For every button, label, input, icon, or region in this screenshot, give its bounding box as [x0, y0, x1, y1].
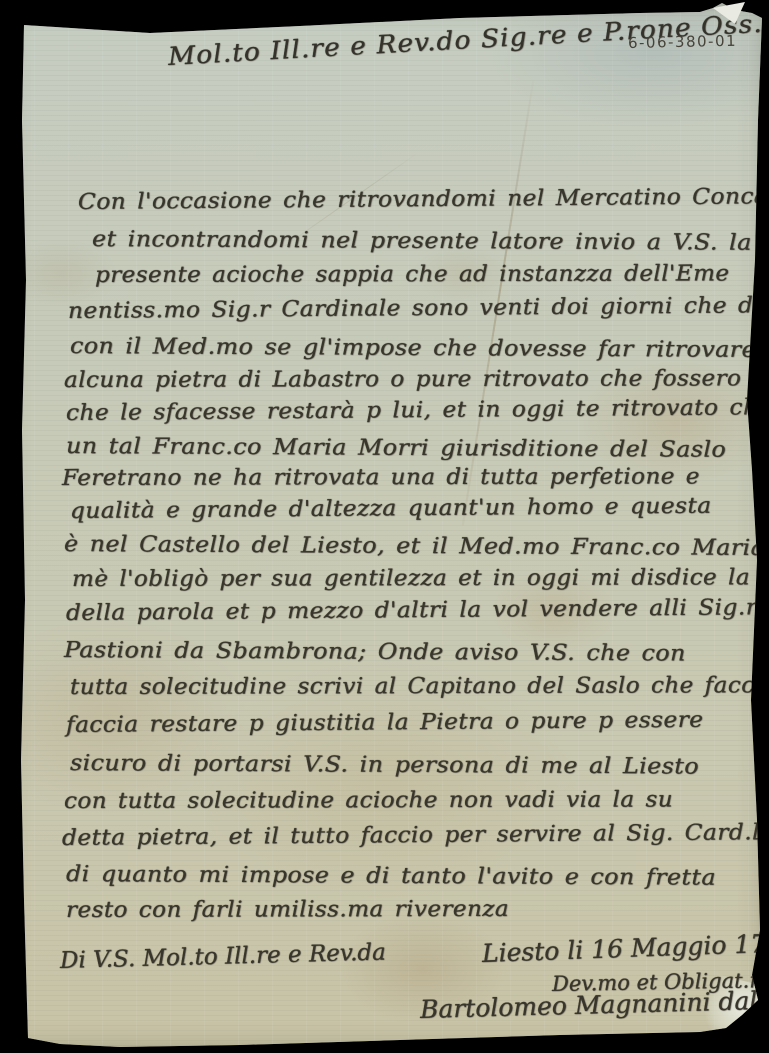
manuscript-line: è nel Castello del Liesto, et il Med.mo …	[64, 534, 765, 560]
manuscript-line: che le sfacesse restarà p lui, et in ogg…	[66, 397, 769, 425]
manuscript-line: un tal Franc.co Maria Morri giurisdition…	[66, 436, 726, 462]
paper-laid-texture	[0, 0, 769, 1053]
manuscript-line: con tutta solecitudine acioche non vadi …	[64, 789, 673, 813]
manuscript-line: Feretrano ne ha ritrovata una di tutta p…	[62, 466, 700, 490]
manuscript-line: Pastioni da Sbambrona; Onde aviso V.S. c…	[64, 640, 686, 666]
manuscript-line: nentiss.mo Sig.r Cardinale sono venti do…	[68, 295, 769, 323]
manuscript-line: della parola et p mezzo d'altri la vol v…	[66, 597, 765, 625]
manuscript-line: qualità e grande d'altezza quant'un homo…	[70, 496, 712, 523]
closing-formula: Di V.S. Mol.to Ill.re e Rev.da	[60, 941, 386, 973]
manuscript-line: detta pietra, et il tutto faccio per ser…	[62, 822, 769, 850]
manuscript-line: presente acioche sappia che ad instanzza…	[95, 263, 730, 287]
manuscript-page: Mol.to Ill.re e Rev.do Sig.re e P.rone O…	[0, 0, 769, 1053]
manuscript-line: di quanto mi impose e di tanto l'avito e…	[66, 864, 716, 890]
dateline: Liesto li 16 Maggio 1726	[482, 930, 769, 966]
manuscript-line: faccia restare p giustitia la Pietra o p…	[66, 710, 704, 737]
manuscript-line: con il Med.mo se gl'impose che dovesse f…	[70, 336, 756, 362]
manuscript-line: alcuna pietra di Labastro o pure ritrova…	[64, 368, 741, 392]
scanner-background: Mol.to Ill.re e Rev.do Sig.re e P.rone O…	[0, 0, 769, 1053]
manuscript-line: mè l'obligò per sua gentilezza et in ogg…	[72, 567, 750, 591]
manuscript-line: tutta solecitudine scrivi al Capitano de…	[70, 675, 769, 699]
manuscript-line: resto con farli umiliss.ma riverenza	[66, 899, 509, 922]
manuscript-line: sicuro di portarsi V.S. in persona di me…	[70, 753, 699, 779]
manuscript-line: Con l'occasione che ritrovandomi nel Mer…	[78, 186, 768, 214]
catalog-number: 6-06-380-01	[628, 34, 737, 51]
manuscript-line: et incontrandomi nel presente latore inv…	[92, 229, 752, 255]
